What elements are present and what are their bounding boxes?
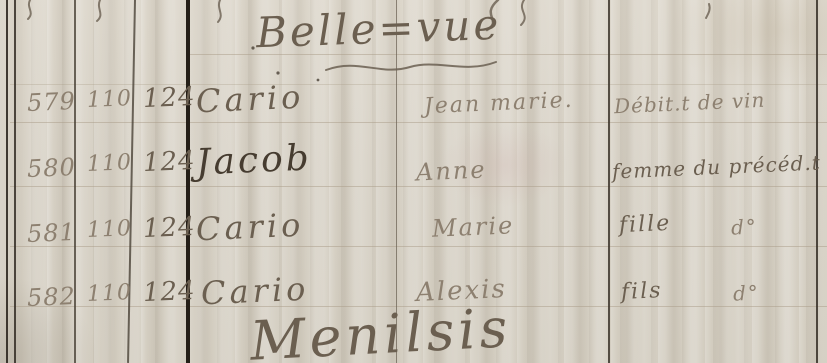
col-order-number: 579 xyxy=(26,89,76,115)
register-page-scan: Belle=vue 579 110 124 Cario Jean marie. … xyxy=(0,0,827,363)
col-first-name: Anne xyxy=(416,157,487,184)
col-order-number: 581 xyxy=(26,220,76,246)
col-occupation: fille xyxy=(619,213,672,237)
col-house-number: 110 xyxy=(87,152,133,176)
col-order-number: 580 xyxy=(26,155,76,181)
col-house-number: 110 xyxy=(87,218,133,242)
col-surname: Cario xyxy=(195,81,305,118)
col-household-number: 124 xyxy=(142,214,196,242)
col-house-number: 110 xyxy=(87,282,133,306)
section-heading: Belle=vue xyxy=(255,4,502,55)
col-occupation: Débit.t de vin xyxy=(614,90,766,117)
col-surname: Jacob xyxy=(195,140,312,181)
col-household-number: 124 xyxy=(142,84,196,112)
col-ditto-mark: d° xyxy=(733,282,761,303)
col-house-number: 110 xyxy=(87,88,133,112)
col-surname: Cario xyxy=(200,273,310,310)
col-household-number: 124 xyxy=(142,148,196,176)
col-household-number: 124 xyxy=(142,278,196,306)
col-occupation: fils xyxy=(621,280,663,304)
heading-underline-flourish xyxy=(322,56,502,78)
col-ditto-mark: d° xyxy=(731,216,759,237)
col-surname: Cario xyxy=(195,209,305,246)
col-first-name: Marie xyxy=(432,213,515,241)
col-order-number: 582 xyxy=(26,284,76,310)
next-section-heading: Menilsis xyxy=(249,301,513,363)
